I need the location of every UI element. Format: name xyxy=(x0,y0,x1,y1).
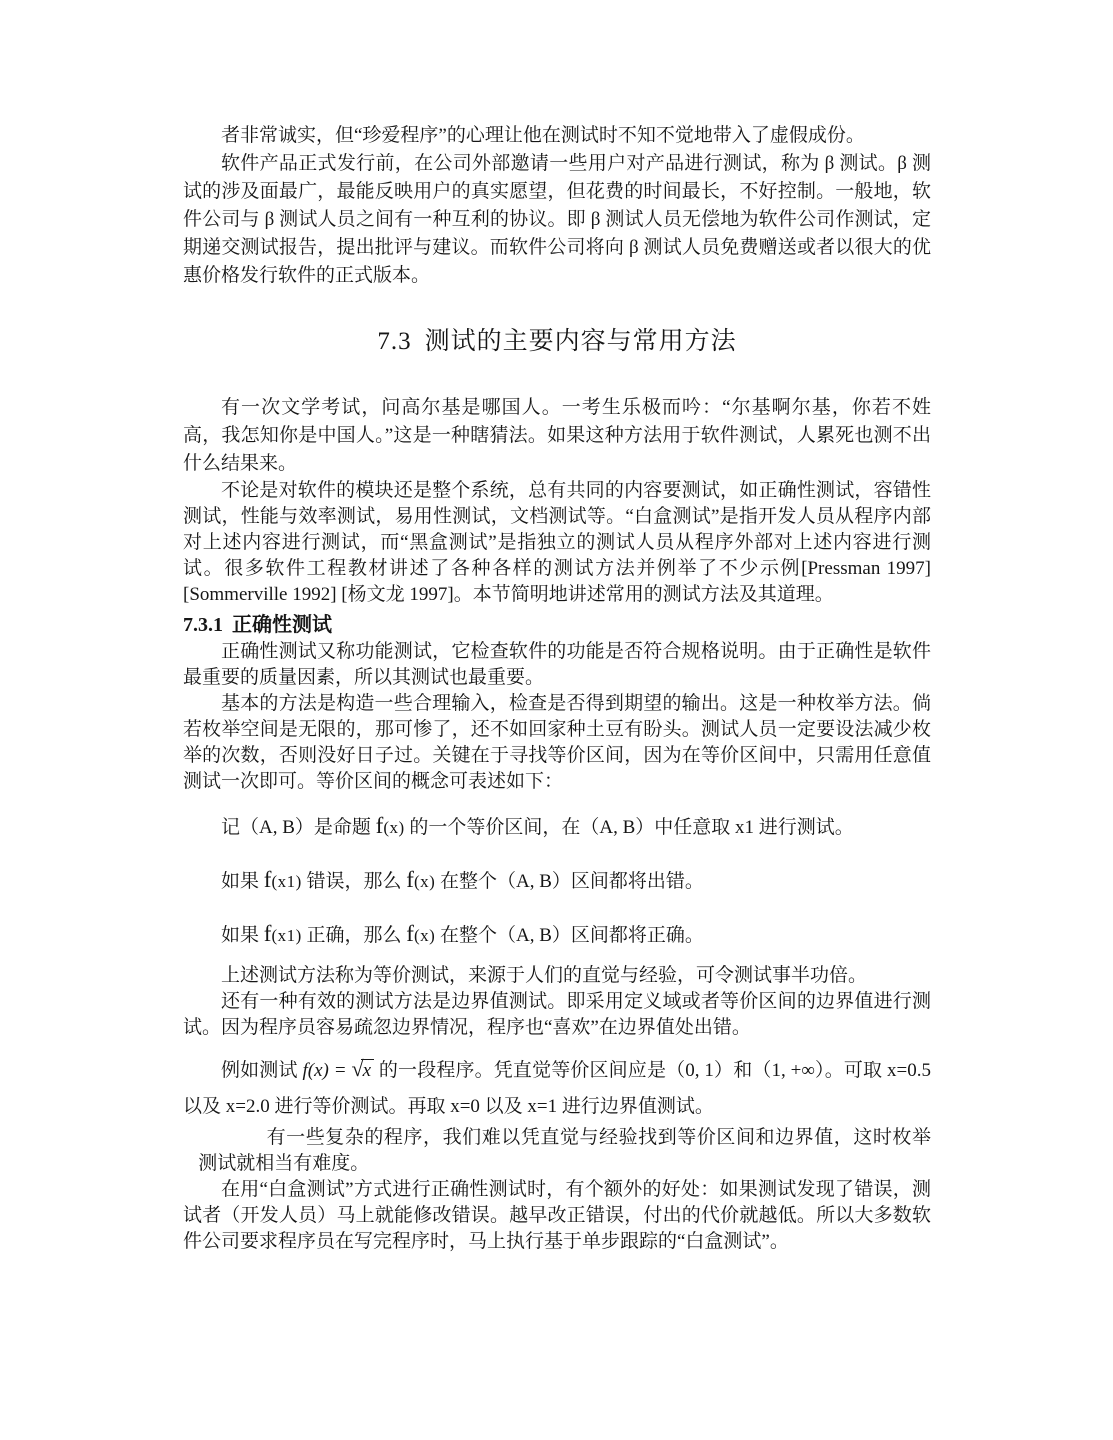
paragraph-beta-testing: 软件产品正式发行前，在公司外部邀请一些用户对产品进行测试，称为 β 测试。β 测… xyxy=(183,150,931,290)
function-argument: (x) xyxy=(414,926,435,945)
page-content: 者非常诚实，但“珍爱程序”的心理让他在测试时不知不觉地带入了虚假成份。 软件产品… xyxy=(183,122,931,1255)
paragraph-enumeration-method: 基本的方法是构造一些合理输入，检查是否得到期望的输出。这是一种枚举方法。倘若枚举… xyxy=(183,691,931,795)
formula-equivalence-interval-definition: 记（A, B）是命题 f(x) 的一个等价区间，在（A, B）中任意取 x1 进… xyxy=(183,813,931,841)
paragraph-complex-programs: 有一些复杂的程序，我们难以凭直觉与经验找到等价区间和边界值，这时枚举测试就相当有… xyxy=(183,1125,931,1177)
paragraph-equivalence-testing-summary: 上述测试方法称为等价测试，来源于人们的直觉与经验，可令测试事半功倍。 xyxy=(183,963,931,989)
formula-text: 如果 xyxy=(221,871,264,892)
formula-text: 如果 xyxy=(221,925,264,946)
paragraph-correctness-intro: 正确性测试又称功能测试，它检查软件的功能是否符合规格说明。由于正确性是软件最重要… xyxy=(183,639,931,691)
formula-text: 正确，那么 xyxy=(302,925,407,946)
formula-text: 错误，那么 xyxy=(302,871,407,892)
paragraph-test-content-overview: 不论是对软件的模块还是整个系统，总有共同的内容要测试，如正确性测试，容错性测试，… xyxy=(183,478,931,608)
function-expression: f(x) = xyxy=(303,1060,352,1081)
subsection-heading: 7.3.1正确性测试 xyxy=(183,612,931,639)
function-symbol: f xyxy=(406,921,414,946)
function-argument: (x) xyxy=(414,872,435,891)
example-text: 例如测试 xyxy=(221,1060,303,1081)
paragraph-sqrt-example: 例如测试 f(x) = √x 的一段程序。凭直觉等价区间应是（0, 1）和（1,… xyxy=(183,1051,931,1125)
formula-error-propagation: 如果 f(x1) 错误，那么 f(x) 在整个（A, B）区间都将出错。 xyxy=(183,867,931,895)
formula-text: 记（A, B）是命题 xyxy=(221,817,376,838)
function-argument: (x1) xyxy=(271,926,301,945)
function-argument: (x) xyxy=(383,818,404,837)
section-title: 测试的主要内容与常用方法 xyxy=(425,328,737,355)
subsection-number: 7.3.1 xyxy=(183,614,223,636)
formula-text: 的一个等价区间，在（A, B）中任意取 x1 进行测试。 xyxy=(405,817,854,838)
formula-correctness-propagation: 如果 f(x1) 正确，那么 f(x) 在整个（A, B）区间都将正确。 xyxy=(183,921,931,949)
section-number: 7.3 xyxy=(377,328,411,355)
section-heading: 7.3测试的主要内容与常用方法 xyxy=(183,324,931,360)
formula-text: 在整个（A, B）区间都将出错。 xyxy=(435,871,704,892)
formula-text: 在整个（A, B）区间都将正确。 xyxy=(435,925,704,946)
function-argument: (x1) xyxy=(271,872,301,891)
function-symbol: f xyxy=(406,867,414,892)
subsection-title: 正确性测试 xyxy=(232,614,332,636)
document-page: 者非常诚实，但“珍爱程序”的心理让他在测试时不知不觉地带入了虚假成份。 软件产品… xyxy=(0,0,1113,1440)
paragraph-whitebox-correctness: 在用“白盒测试”方式进行正确性测试时，有个额外的好处：如果测试发现了错误，测试者… xyxy=(183,1177,931,1255)
sqrt-radicand: x xyxy=(361,1059,374,1081)
paragraph-gorky-anecdote: 有一次文学考试，问高尔基是哪国人。一考生乐极而吟：“尔基啊尔基，你若不姓高，我怎… xyxy=(183,394,931,478)
paragraph-boundary-value-testing: 还有一种有效的测试方法是边界值测试。即采用定义域或者等价区间的边界值进行测试。因… xyxy=(183,989,931,1041)
paragraph-tester-honesty: 者非常诚实，但“珍爱程序”的心理让他在测试时不知不觉地带入了虚假成份。 xyxy=(183,122,931,150)
